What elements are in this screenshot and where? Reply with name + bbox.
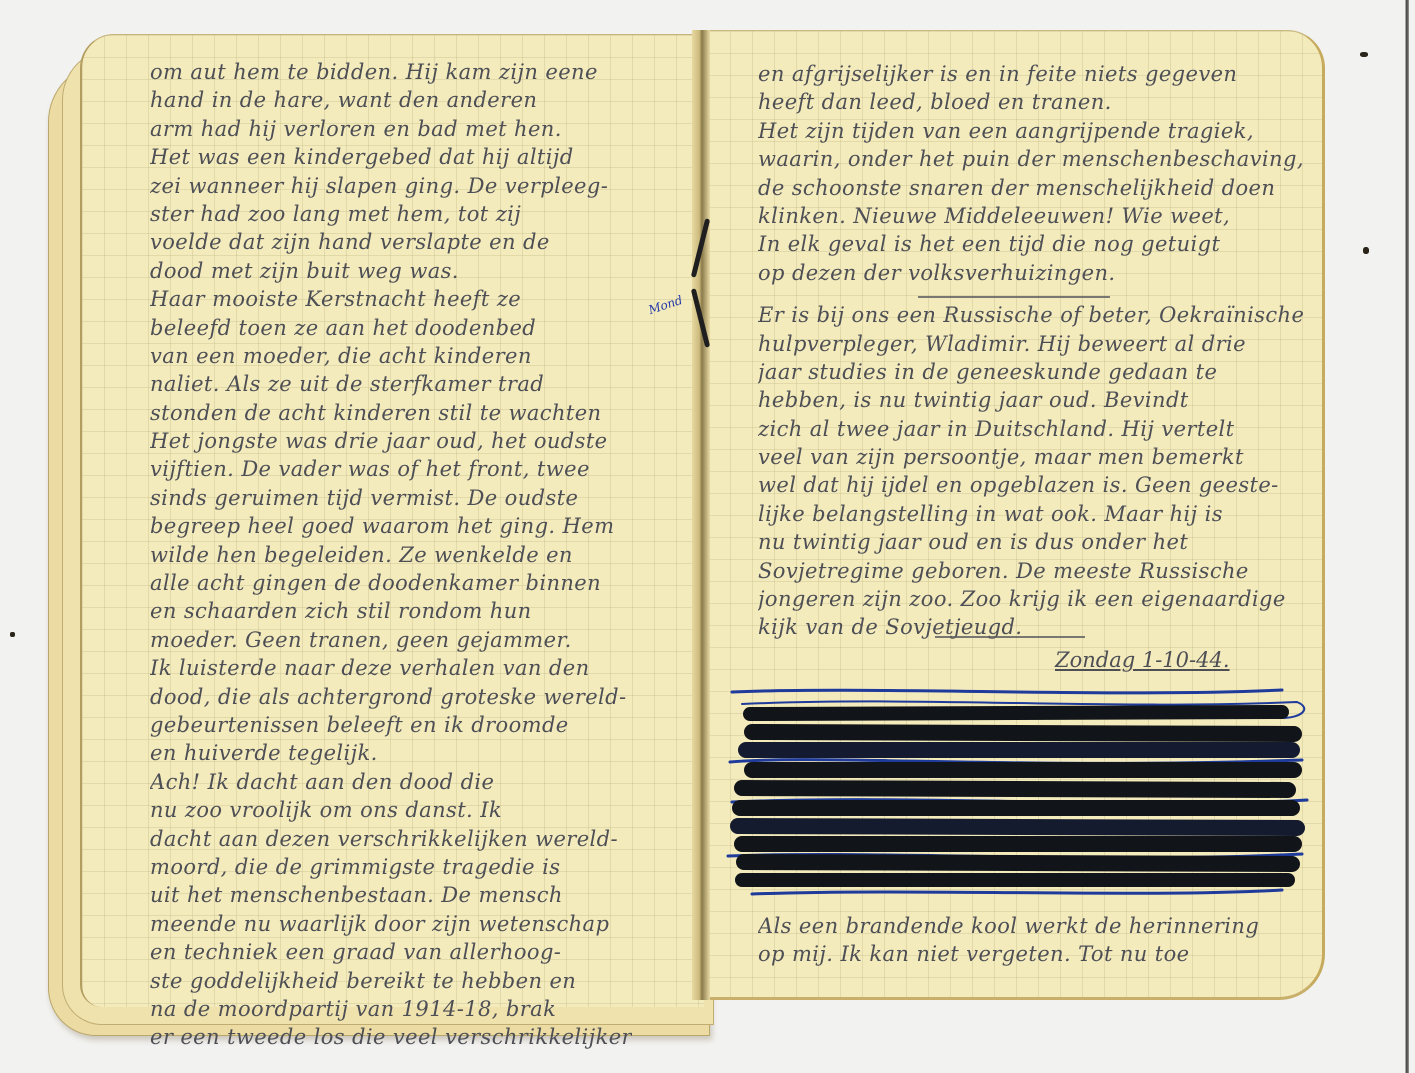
text-line: heeft dan leed, bloed en tranen. [758,88,1304,116]
right-page-text: en afgrijselijker is en in feite niets g… [758,60,1304,642]
text-line: en huiverde tegelijk. [150,739,632,767]
dust-speck [1360,52,1368,57]
binding-stitch [691,218,710,277]
text-line: dacht aan dezen verschrikkelijken wereld… [150,825,632,853]
text-line: Ik luisterde naar deze verhalen van den [150,654,632,682]
text-line: de schoonste snaren der menschelijkheid … [758,174,1304,202]
text-line: om aut hem te bidden. Hij kam zijn eene [150,58,632,86]
text-line: moeder. Geen tranen, geen gejammer. [150,626,632,654]
text-line: gebeurtenissen beleeft en ik droomde [150,711,632,739]
right-page-closing-text: Als een brandende kool werkt de herinner… [758,912,1259,969]
date-heading: Zondag 1-10-44. [1055,648,1230,672]
text-line: moord, die de grimmigste tragedie is [150,853,632,881]
dust-speck [1363,247,1369,254]
section-divider [935,636,1085,638]
text-line: op dezen der volksverhuizingen. [758,259,1304,287]
text-line: op mij. Ik kan niet vergeten. Tot nu toe [758,940,1259,968]
text-line: Haar mooiste Kerstnacht heeft ze [150,285,632,313]
redacted-scribble [722,684,1312,906]
text-line: arm had hij verloren en bad met hen. [150,115,632,143]
text-line: zich al twee jaar in Duitschland. Hij ve… [758,415,1304,443]
text-line: Ach! Ik dacht aan den dood die [150,768,632,796]
text-line: wel dat hij ijdel en opgeblazen is. Geen… [758,471,1304,499]
section-divider [918,296,1110,298]
text-line: nu twintig jaar oud en is dus onder het [758,528,1304,556]
text-line: vijftien. De vader was of het front, twe… [150,455,632,483]
notebook-scan: om aut hem te bidden. Hij kam zijn eene … [0,0,1415,1073]
text-line: zei wanneer hij slapen ging. De verpleeg… [150,172,632,200]
text-line: er een tweede los die veel verschrikkeli… [150,1023,632,1051]
left-page-text: om aut hem te bidden. Hij kam zijn eene … [150,58,632,1052]
text-line: waarin, onder het puin der menschenbesch… [758,145,1304,173]
text-line: Het jongste was drie jaar oud, het oudst… [150,427,632,455]
text-line: klinken. Nieuwe Middeleeuwen! Wie weet, [758,202,1304,230]
text-line: en afgrijselijker is en in feite niets g… [758,60,1304,88]
text-line: wilde hen begeleiden. Ze wenkelde en [150,541,632,569]
text-line: sinds geruimen tijd vermist. De oudste [150,484,632,512]
text-line: ster had zoo lang met hem, tot zij [150,200,632,228]
text-line: Het was een kindergebed dat hij altijd [150,143,632,171]
text-line: voelde dat zijn hand verslapte en de [150,228,632,256]
text-line: meende nu waarlijk door zijn wetenschap [150,910,632,938]
text-line: hulpverpleger, Wladimir. Hij beweert al … [758,330,1304,358]
text-line: van een moeder, die acht kinderen [150,342,632,370]
text-line: na de moordpartij van 1914-18, brak [150,995,632,1023]
text-line: ste goddelijkheid bereikt te hebben en [150,967,632,995]
text-line: jaar studies in de geneeskunde gedaan te [758,358,1304,386]
text-line: alle acht gingen de doodenkamer binnen [150,569,632,597]
text-line: Het zijn tijden van een aangrijpende tra… [758,117,1304,145]
binding-stitch [691,288,710,347]
scan-edge [1405,0,1409,1073]
text-line: In elk geval is het een tijd die nog get… [758,230,1304,258]
text-line: en techniek een graad van allerhoog- [150,938,632,966]
text-line: lijke belangstelling in wat ook. Maar hi… [758,500,1304,528]
text-line: dood, die als achtergrond groteske werel… [150,683,632,711]
text-line: beleefd toen ze aan het doodenbed [150,314,632,342]
text-line: veel van zijn persoontje, maar men bemer… [758,443,1304,471]
notebook-spine [692,30,710,1000]
text-line: hebben, is nu twintig jaar oud. Bevindt [758,386,1304,414]
text-line: begreep heel goed waarom het ging. Hem [150,512,632,540]
text-line: jongeren zijn zoo. Zoo krijg ik een eige… [758,585,1304,613]
text-line: nu zoo vroolijk om ons danst. Ik [150,796,632,824]
dust-speck [10,632,15,637]
text-line: en schaarden zich stil rondom hun [150,597,632,625]
section-gap [758,287,1304,301]
text-line: uit het menschenbestaan. De mensch [150,881,632,909]
text-line: stonden de acht kinderen stil te wachten [150,399,632,427]
text-line: dood met zijn buit weg was. [150,257,632,285]
text-line: hand in de hare, want den anderen [150,86,632,114]
text-line: naliet. Als ze uit de sterfkamer trad [150,370,632,398]
text-line: Sovjetregime geboren. De meeste Russisch… [758,557,1304,585]
text-line: Er is bij ons een Russische of beter, Oe… [758,301,1304,329]
text-line: Als een brandende kool werkt de herinner… [758,912,1259,940]
